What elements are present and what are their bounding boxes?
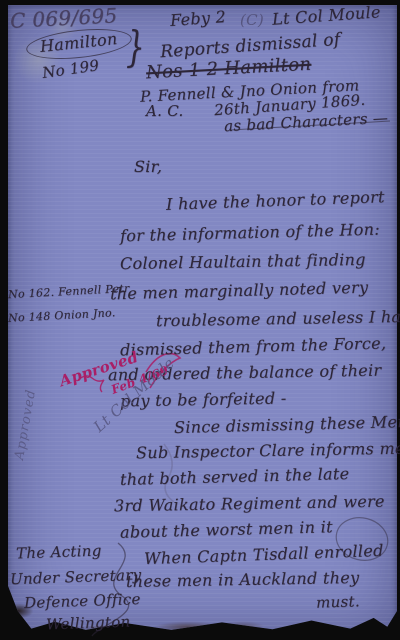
salutation: Sir, <box>134 157 162 176</box>
address-line: Wellington <box>46 613 131 634</box>
letter-line: these men in Auckland they <box>126 568 360 591</box>
copy-mark: (C) <box>240 11 264 29</box>
brace-mark: } <box>126 22 145 71</box>
date-note: Feby 2 <box>169 7 226 30</box>
catchword: must. <box>316 592 360 612</box>
scanned-letter-page: C 069/695 Hamilton No 199 } Feby 2 (C) L… <box>0 0 400 640</box>
docket-ac: A. C. <box>146 102 184 120</box>
address-line: The Acting <box>16 542 102 563</box>
